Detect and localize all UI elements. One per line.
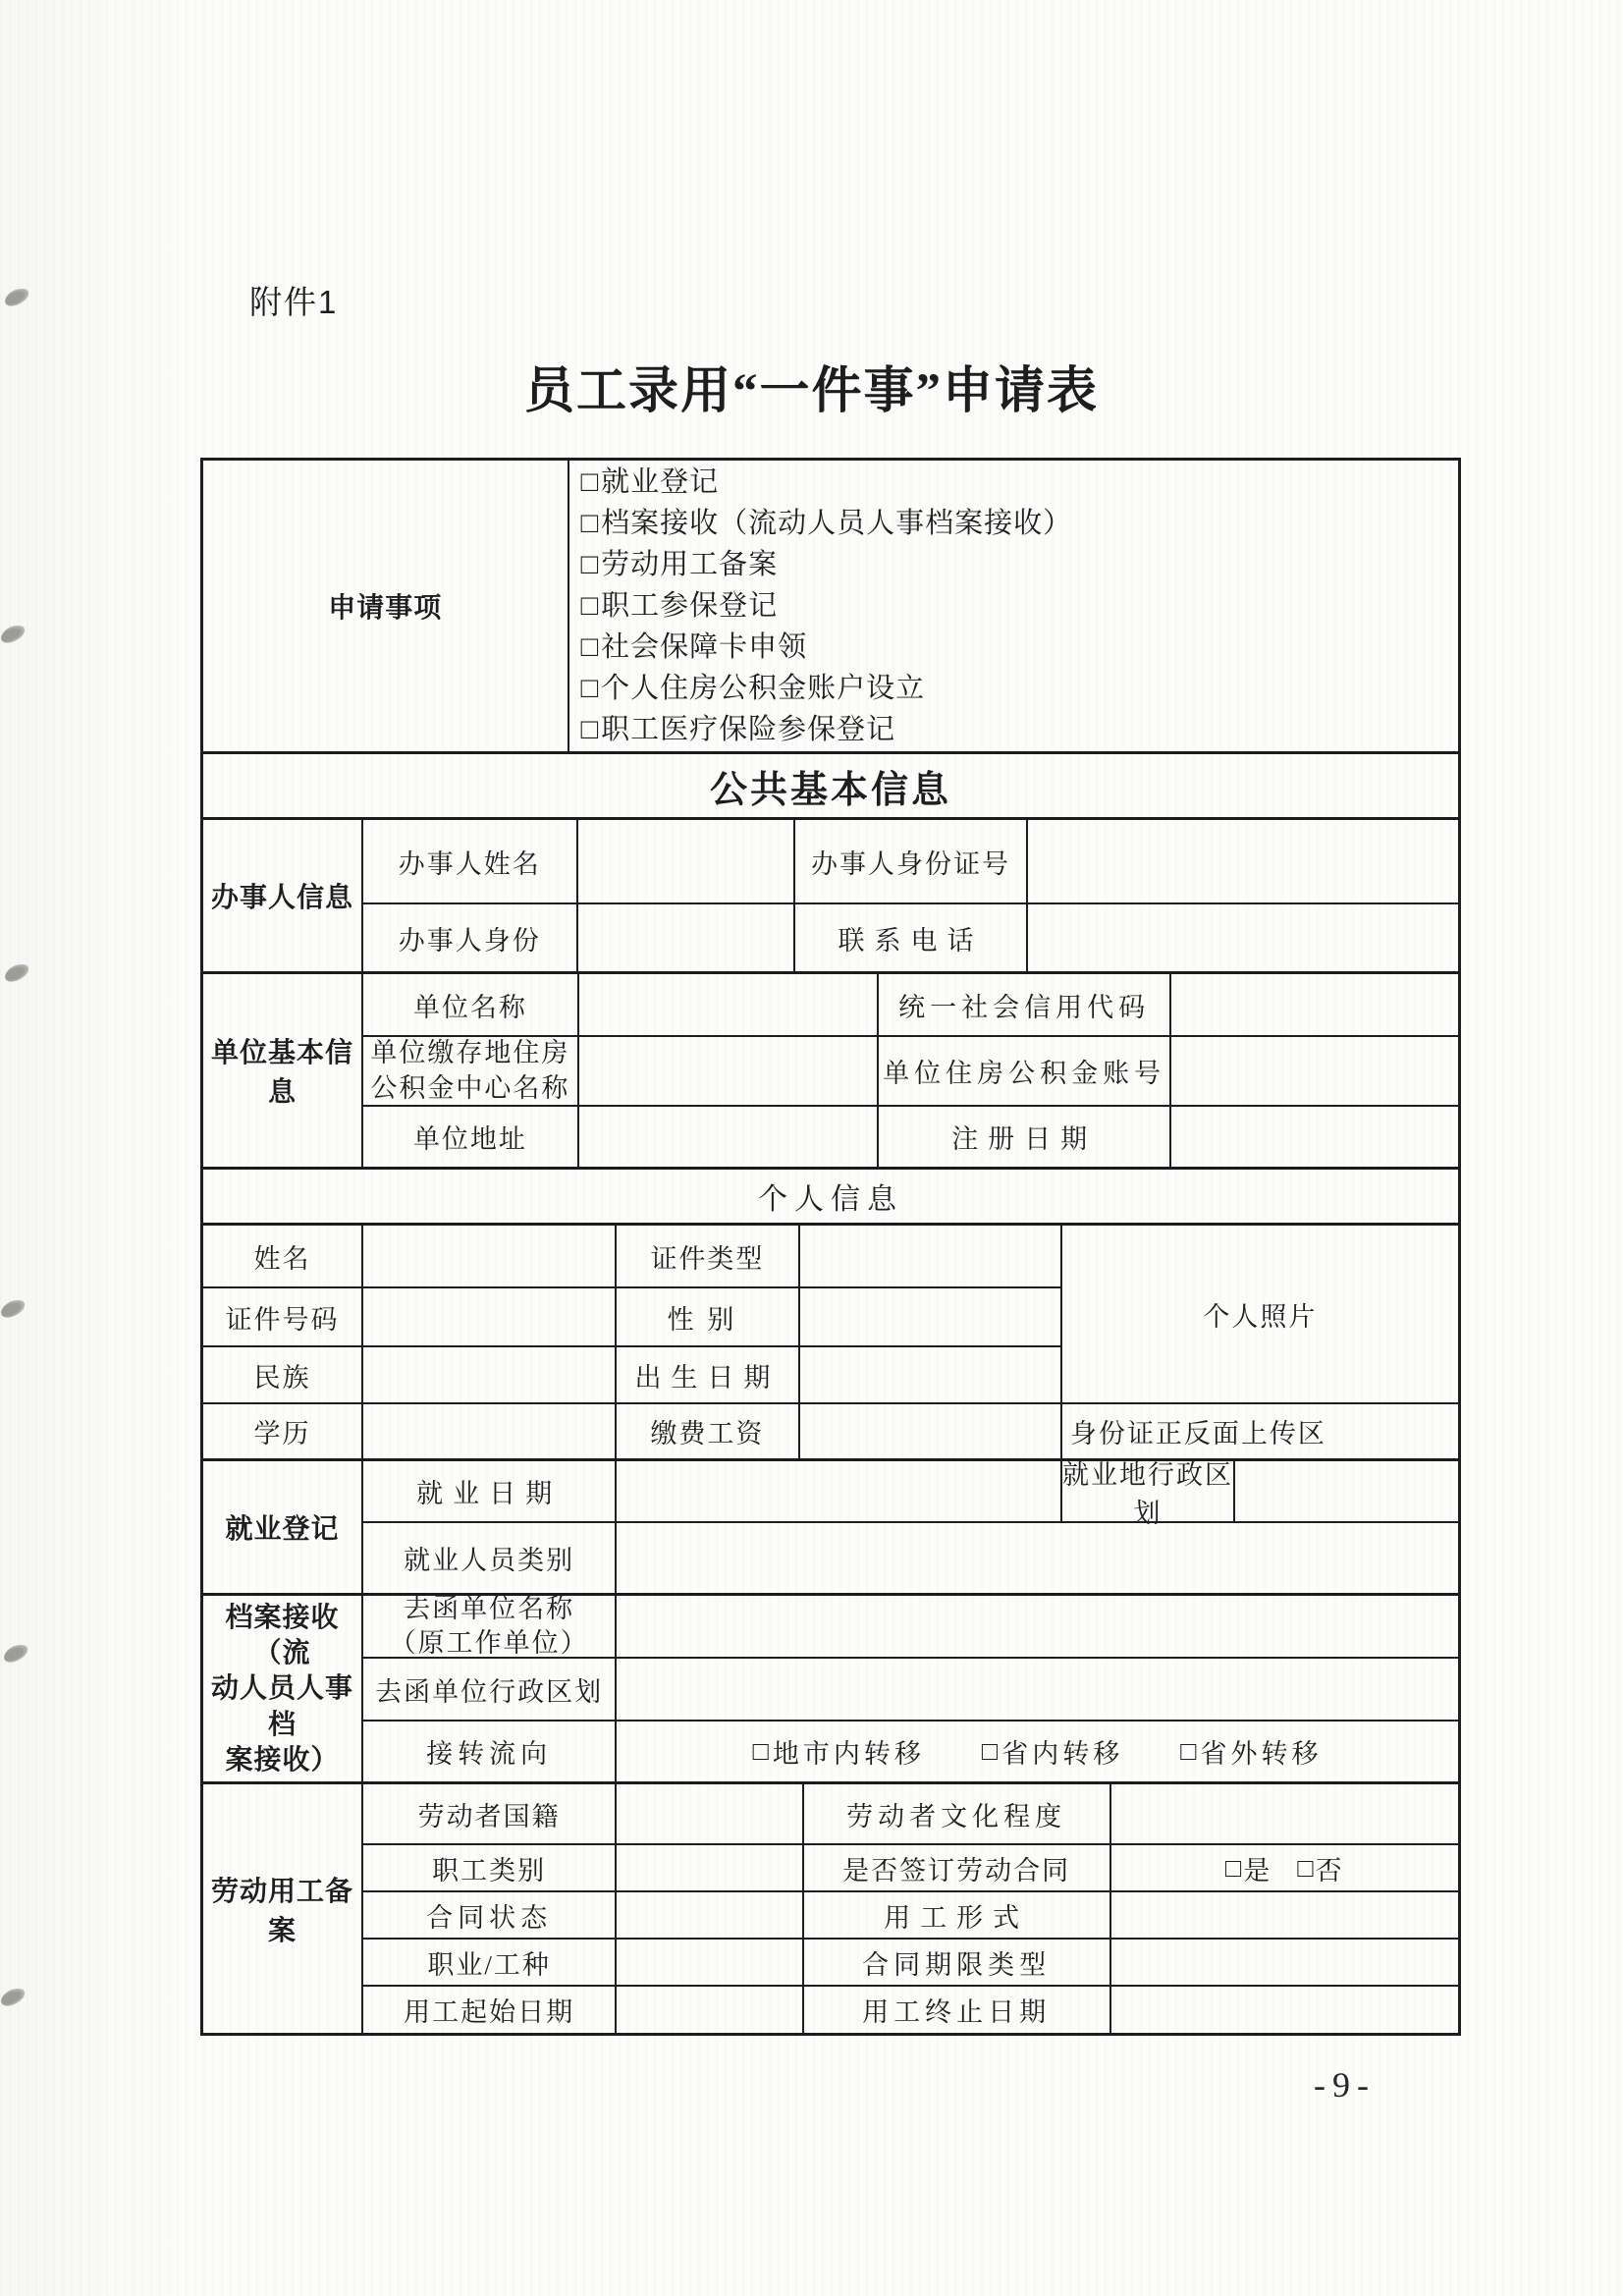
section-handler-info: 办事人信息 办事人姓名 办事人身份证号 办事人身份 联系电话 (203, 817, 1458, 971)
register-date-label: 注册日期 (877, 1105, 1169, 1167)
transfer-flow-option: □省内转移 (982, 1732, 1123, 1771)
employment-date-value (615, 1461, 1060, 1521)
contact-phone-label: 联系电话 (793, 902, 1027, 971)
contact-phone-value (1026, 902, 1458, 971)
page-number: -9- (1314, 2064, 1376, 2105)
handler-info-label: 办事人信息 (203, 820, 361, 971)
ethnicity-label: 民族 (203, 1345, 361, 1402)
worker-nationality-value (615, 1784, 801, 1843)
contract-signed-value: □是 □否 (1109, 1843, 1458, 1890)
apply-option-label: 就业登记 (601, 466, 719, 498)
section-labor-employment-record: 劳动用工备案 劳动者国籍 劳动者文化程度 职工类别 是否签订劳动合同 □是 □否… (203, 1781, 1458, 2033)
certificate-type-value (798, 1226, 1060, 1286)
scanned-page: 附件1 员工录用“一件事”申请表 申请事项 □就业登记 □档案接收（流动人员人事… (0, 0, 1623, 2296)
certificate-number-label: 证件号码 (203, 1286, 361, 1345)
worker-education-label: 劳动者文化程度 (802, 1784, 1109, 1843)
payment-salary-label: 缴费工资 (615, 1402, 798, 1458)
contract-signed-options: □是 □否 (1225, 1849, 1344, 1887)
checkbox-icon: □ (581, 673, 600, 704)
apply-option: □劳动用工备案 (581, 549, 779, 580)
labor-record-label: 劳动用工备案 (203, 1784, 361, 2033)
contract-status-value (615, 1890, 801, 1938)
worker-nationality-label: 劳动者国籍 (361, 1784, 615, 1843)
checkbox-icon: □ (1225, 1853, 1243, 1884)
apply-option: □档案接收（流动人员人事档案接收） (581, 508, 1073, 539)
checkbox-icon: □ (753, 1736, 773, 1767)
letter-unit-region-label: 去函单位行政区划 (361, 1657, 615, 1720)
section-personal-info-header: 个人信息 (203, 1167, 1458, 1223)
name-value (361, 1226, 615, 1286)
unified-social-credit-code-value (1169, 974, 1458, 1035)
handler-identity-value (576, 902, 793, 971)
checkbox-icon: □ (581, 714, 600, 745)
worker-education-value (1109, 1784, 1458, 1843)
handler-id-number-label: 办事人身份证号 (793, 820, 1027, 902)
unit-fund-account-label: 单位住房公积金账号 (877, 1035, 1169, 1105)
employment-region-value (1233, 1461, 1458, 1521)
personal-photo-label: 个人照片 (1060, 1226, 1458, 1402)
handler-id-number-value (1026, 820, 1458, 902)
transfer-flow-option: □地市内转移 (753, 1732, 925, 1771)
handler-name-label: 办事人姓名 (361, 820, 576, 902)
apply-option-label: 社会保障卡申领 (601, 631, 807, 663)
employment-end-date-value (1109, 1985, 1458, 2033)
employment-form-label: 用工形式 (802, 1890, 1109, 1938)
checkbox-icon: □ (1180, 1736, 1200, 1767)
public-info-header: 公共基本信息 (203, 754, 1458, 817)
education-value (361, 1402, 615, 1458)
contract-signed-option-label: 否 (1316, 1849, 1344, 1887)
apply-option-label: 档案接收（流动人员人事档案接收） (601, 508, 1072, 539)
transfer-flow-option: □省外转移 (1180, 1732, 1322, 1771)
occupation-value (615, 1938, 801, 1985)
employment-category-value (615, 1521, 1458, 1593)
application-form-table: 申请事项 □就业登记 □档案接收（流动人员人事档案接收） □劳动用工备案 □职工… (200, 458, 1461, 2036)
checkbox-icon: □ (581, 590, 600, 622)
occupation-label: 职业/工种 (361, 1938, 615, 1985)
checkbox-icon: □ (581, 466, 600, 498)
employer-info-label: 单位基本信息 (203, 974, 361, 1167)
apply-option: □就业登记 (581, 466, 720, 498)
section-personal-info: 姓名 证件类型 个人照片 证件号码 性别 民族 出生日期 学历 缴费工资 身份证… (203, 1223, 1458, 1458)
binding-mark (0, 622, 27, 645)
register-date-value (1169, 1105, 1458, 1167)
employment-start-date-label: 用工起始日期 (361, 1985, 615, 2033)
handler-name-value (576, 820, 793, 902)
section-apply-items: 申请事项 □就业登记 □档案接收（流动人员人事档案接收） □劳动用工备案 □职工… (203, 461, 1458, 751)
attachment-label: 附件1 (249, 277, 338, 323)
contract-signed-option: □否 (1297, 1849, 1343, 1887)
binding-mark (1, 1641, 30, 1665)
employee-category-value (615, 1843, 801, 1890)
letter-unit-name-value (615, 1596, 1458, 1657)
checkbox-icon: □ (1297, 1853, 1315, 1884)
certificate-number-value (361, 1286, 615, 1345)
contract-status-label: 合同状态 (361, 1890, 615, 1938)
transfer-flow-value: □地市内转移 □省内转移 □省外转移 (615, 1720, 1458, 1781)
employment-form-value (1109, 1890, 1458, 1938)
unit-fund-account-value (1169, 1035, 1458, 1105)
unified-social-credit-code-label: 统一社会信用代码 (877, 974, 1169, 1035)
transfer-flow-option-label: 省内转移 (1001, 1732, 1123, 1771)
unit-name-value (577, 974, 877, 1035)
contract-term-type-label: 合同期限类型 (802, 1938, 1109, 1985)
birth-date-label: 出生日期 (615, 1345, 798, 1402)
gender-value (798, 1286, 1060, 1345)
binding-mark (0, 1296, 27, 1320)
contract-signed-option: □是 (1225, 1849, 1271, 1887)
letter-unit-region-value (615, 1657, 1458, 1720)
payment-salary-value (798, 1402, 1060, 1458)
unit-fund-center-label: 单位缴存地住房 公积金中心名称 (361, 1035, 577, 1105)
apply-option-label: 职工医疗保险参保登记 (601, 714, 895, 745)
transfer-flow-options: □地市内转移 □省内转移 □省外转移 (753, 1732, 1323, 1771)
apply-option: □职工医疗保险参保登记 (581, 714, 896, 745)
gender-label: 性别 (615, 1286, 798, 1345)
employment-end-date-label: 用工终止日期 (802, 1985, 1109, 2033)
apply-items-options: □就业登记 □档案接收（流动人员人事档案接收） □劳动用工备案 □职工参保登记 … (568, 461, 1458, 751)
transfer-flow-label: 接转流向 (361, 1720, 615, 1781)
section-employer-info: 单位基本信息 单位名称 统一社会信用代码 单位缴存地住房 公积金中心名称 单位住… (203, 971, 1458, 1167)
contract-term-type-value (1109, 1938, 1458, 1985)
ethnicity-value (361, 1345, 615, 1402)
employment-date-label: 就业日期 (361, 1461, 615, 1521)
transfer-flow-option-label: 地市内转移 (773, 1732, 925, 1771)
section-employment-registration: 就业登记 就业日期 就业地行政区划 就业人员类别 (203, 1458, 1458, 1593)
contract-signed-label: 是否签订劳动合同 (802, 1843, 1109, 1890)
employment-start-date-value (615, 1985, 801, 2033)
letter-unit-name-label: 去函单位名称 （原工作单位） (361, 1596, 615, 1657)
binding-mark (2, 285, 31, 308)
education-label: 学历 (203, 1402, 361, 1458)
transfer-flow-option-label: 省外转移 (1201, 1732, 1323, 1771)
apply-option-label: 职工参保登记 (601, 590, 778, 622)
archive-receive-label: 档案接收（流 动人员人事档 案接收） (203, 1596, 361, 1781)
certificate-type-label: 证件类型 (615, 1226, 798, 1286)
checkbox-icon: □ (982, 1736, 1001, 1767)
unit-address-label: 单位地址 (361, 1105, 577, 1167)
apply-option-label: 劳动用工备案 (601, 549, 778, 580)
unit-fund-center-value (577, 1035, 877, 1105)
checkbox-icon: □ (581, 631, 600, 663)
employment-category-label: 就业人员类别 (361, 1521, 615, 1593)
binding-mark (2, 960, 31, 984)
employee-category-label: 职工类别 (361, 1843, 615, 1890)
checkbox-icon: □ (581, 508, 600, 539)
personal-info-header: 个人信息 (203, 1170, 1458, 1223)
apply-items-label: 申请事项 (203, 461, 568, 751)
checkbox-icon: □ (581, 549, 600, 580)
section-archive-receive: 档案接收（流 动人员人事档 案接收） 去函单位名称 （原工作单位） 去函单位行政… (203, 1593, 1458, 1781)
apply-option: □职工参保登记 (581, 590, 779, 622)
employment-registration-label: 就业登记 (203, 1461, 361, 1593)
apply-option-label: 个人住房公积金账户设立 (601, 673, 925, 704)
page-title: 员工录用“一件事”申请表 (0, 350, 1623, 422)
apply-option: □社会保障卡申领 (581, 631, 808, 663)
name-label: 姓名 (203, 1226, 361, 1286)
binding-mark (0, 1985, 27, 2008)
birth-date-value (798, 1345, 1060, 1402)
id-card-upload-label: 身份证正反面上传区 (1060, 1402, 1458, 1458)
handler-identity-label: 办事人身份 (361, 902, 576, 971)
section-public-info-header: 公共基本信息 (203, 751, 1458, 817)
unit-name-label: 单位名称 (361, 974, 577, 1035)
contract-signed-option-label: 是 (1243, 1849, 1271, 1887)
employment-region-label: 就业地行政区划 (1060, 1461, 1233, 1521)
apply-option: □个人住房公积金账户设立 (581, 673, 926, 704)
unit-address-value (577, 1105, 877, 1167)
